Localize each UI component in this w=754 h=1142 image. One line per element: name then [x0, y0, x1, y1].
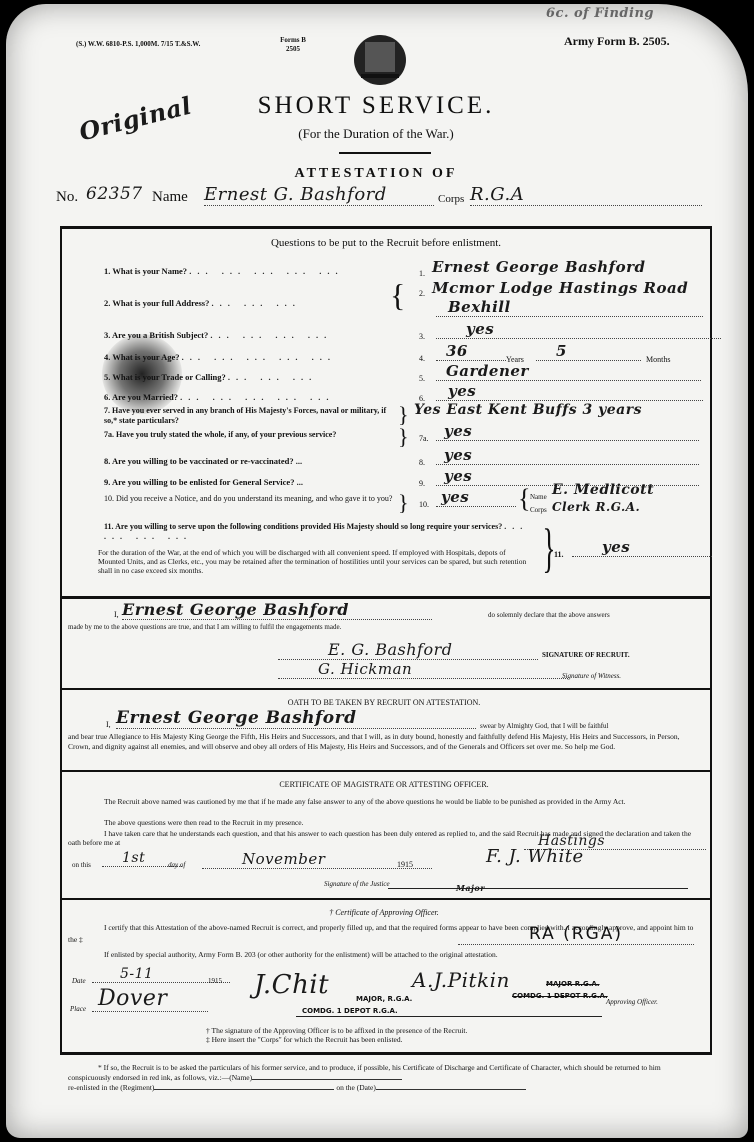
- form-number: Army Form B. 2505.: [564, 34, 670, 49]
- brace: {: [518, 486, 530, 512]
- attestation-year: 1915: [397, 860, 413, 870]
- original-note: Original: [76, 91, 194, 147]
- footer-name-line: [252, 1079, 402, 1080]
- answer-1-number: 1.: [419, 269, 425, 278]
- footer-date-label: on the (Date): [336, 1083, 376, 1092]
- question-3: 3. Are you a British Subject? ... ... ..…: [104, 330, 332, 340]
- brace: {: [390, 279, 405, 311]
- witness-signature: G. Hickman: [278, 660, 568, 679]
- attestation-form-page: (S.) W.W. 6810-P.S. 1,000M. 7/15 T.&S.W.…: [6, 4, 748, 1138]
- brace: }: [398, 424, 409, 450]
- approval-year: 1915: [208, 977, 222, 986]
- answer-4-years: 36: [436, 342, 506, 361]
- footer-note: * If so, the Recruit is to be asked the …: [68, 1063, 698, 1093]
- answer-5: Gardener: [436, 362, 701, 381]
- answer-3-number: 3.: [419, 332, 425, 341]
- stamp-depot: COMDG. 1 DEPOT R.G.A.: [302, 1007, 398, 1016]
- justice-subtitle: Major: [456, 884, 485, 893]
- answer-9-number: 9.: [419, 479, 425, 488]
- attestation-heading: ATTESTATION OF: [216, 166, 536, 182]
- place-label: Place: [70, 1005, 86, 1014]
- name-field: Ernest G. Bashford: [204, 184, 434, 206]
- justice-signature-label: Signature of the Justice: [324, 880, 390, 889]
- answer-4-number: 4.: [419, 354, 425, 363]
- footnote-signature: † The signature of the Approving Officer…: [206, 1026, 467, 1035]
- notice-name-label: Name: [530, 493, 547, 502]
- answer-4-months: 5: [536, 342, 641, 361]
- stamp-major-struck: MAJOR R.G.A.: [546, 980, 600, 989]
- question-4: 4. What is your Age? ... ... ... ... ...: [104, 352, 336, 362]
- oath-name: Ernest George Bashford: [116, 708, 476, 729]
- question-10: 10. Did you receive a Notice, and do you…: [104, 494, 394, 504]
- date-label: Date: [72, 977, 86, 986]
- footnote-corps: ‡ Here insert the "Corps" for which the …: [206, 1035, 402, 1044]
- answer-5-number: 5.: [419, 374, 425, 383]
- question-8: 8. Are you willing to be vaccinated or r…: [104, 456, 302, 466]
- answer-1: Ernest George Bashford: [432, 258, 646, 276]
- magistrate-p1: The Recruit above named was cautioned by…: [68, 797, 700, 806]
- declaration-text-2: made by me to the above questions are tr…: [68, 623, 341, 632]
- answer-2-number: 2.: [419, 289, 425, 298]
- approving-heading: † Certificate of Approving Officer.: [60, 908, 708, 917]
- brace: }: [398, 490, 409, 516]
- stamp-depot-struck: COMDG. 1 DEPOT R.G.A.: [512, 992, 608, 1001]
- answer-10: yes: [436, 488, 516, 507]
- question-11: 11. Are you willing to serve upon the fo…: [104, 522, 534, 542]
- recruit-signature: E. G. Bashford: [278, 640, 538, 660]
- magistrate-p2: The above questions were then read to th…: [104, 818, 304, 827]
- witness-signature-label: Signature of Witness.: [562, 672, 621, 681]
- oath-body: and bear true Allegiance to His Majesty …: [68, 732, 700, 752]
- question-6: 6. Are you Married? ... ... ... ... ...: [104, 392, 334, 402]
- appointed-corps: RA (RGA): [458, 924, 694, 945]
- footer-regiment-line: [154, 1089, 334, 1090]
- oath-text: swear by Almighty God, that I will be fa…: [480, 722, 609, 731]
- form-title: SHORT SERVICE.: [216, 92, 536, 120]
- answer-6: yes: [436, 382, 703, 401]
- forms-ref: Forms B 2505: [278, 36, 308, 54]
- answer-11: yes: [572, 538, 712, 557]
- question-2: 2. What is your full Address? ... ... ..…: [104, 298, 301, 308]
- footer-regiment-label: re-enlisted in the (Regiment): [68, 1083, 154, 1092]
- service-conditions: For the duration of the War, at the end …: [98, 548, 534, 575]
- oath-prefix: I,: [106, 720, 111, 730]
- answer-10-number: 10.: [419, 500, 429, 509]
- answer-7: Yes East Kent Buffs 3 years: [414, 402, 642, 418]
- form-subtitle: (For the Duration of the War.): [216, 126, 536, 142]
- officer-signature-1: J.Chit: [254, 970, 329, 1000]
- declaration-name: Ernest George Bashford: [122, 600, 432, 620]
- answer-2-line1: Mcmor Lodge Hastings Road: [432, 279, 688, 297]
- printer-line: (S.) W.W. 6810-P.S. 1,000M. 7/15 T.&S.W.: [76, 40, 200, 49]
- question-9: 9. Are you willing to be enlisted for Ge…: [104, 477, 303, 487]
- on-this-label: on this: [72, 861, 91, 870]
- answer-8-number: 8.: [419, 458, 425, 467]
- justice-signature: F. J. White: [486, 846, 584, 867]
- question-7: 7. Have you ever served in any branch of…: [104, 406, 394, 426]
- magistrate-heading: CERTIFICATE OF MAGISTRATE OR ATTESTING O…: [60, 780, 708, 789]
- notice-corps: Clerk R.G.A.: [552, 500, 640, 514]
- answer-2-line2: Bexhill: [436, 298, 703, 317]
- answer-7a-number: 7a.: [419, 434, 429, 443]
- top-annotation: 6c. of Finding: [546, 6, 654, 21]
- notice-corps-label: Corps: [530, 506, 547, 515]
- declaration-text: do solemnly declare that the above answe…: [488, 611, 610, 620]
- question-7a: 7a. Have you truly stated the whole, if …: [104, 430, 394, 440]
- approving-officer-label: Approving Officer.: [606, 998, 658, 1007]
- stamp-major: MAJOR, R.G.A.: [356, 995, 412, 1004]
- oath-heading: OATH TO BE TAKEN BY RECRUIT ON ATTESTATI…: [60, 698, 708, 707]
- royal-coat-of-arms-icon: [351, 32, 409, 88]
- name-label: Name: [152, 189, 188, 206]
- officer-signature-line: [296, 1016, 602, 1017]
- footer-date-line: [376, 1089, 526, 1090]
- corps-label: Corps: [438, 193, 464, 205]
- questions-heading: Questions to be put to the Recruit befor…: [62, 237, 710, 249]
- title-divider: [339, 152, 431, 154]
- corps-field: R.G.A: [470, 184, 702, 206]
- approval-place: Dover: [92, 986, 208, 1012]
- justice-signature-line: [388, 888, 688, 889]
- answer-3: yes: [436, 320, 721, 339]
- officer-signature-2: A.J.Pitkin: [412, 968, 510, 992]
- answer-8: yes: [436, 446, 699, 465]
- answer-11-number: 11.: [554, 550, 564, 559]
- declaration-prefix: I,: [114, 610, 119, 620]
- recruit-signature-label: SIGNATURE OF RECRUIT.: [542, 651, 630, 660]
- number-label: No.: [56, 189, 78, 206]
- brace: }: [542, 518, 555, 578]
- notice-name: E. Medlicott: [552, 482, 654, 498]
- day-of-label: day of: [168, 861, 185, 870]
- service-number: 62357: [86, 184, 143, 204]
- question-1: 1. What is your Name? ... ... ... ... ..…: [104, 266, 344, 276]
- question-5: 5. What is your Trade or Calling? ... ..…: [104, 372, 317, 382]
- answer-7a: yes: [436, 422, 699, 441]
- approving-p2: If enlisted by special authority, Army F…: [68, 950, 700, 959]
